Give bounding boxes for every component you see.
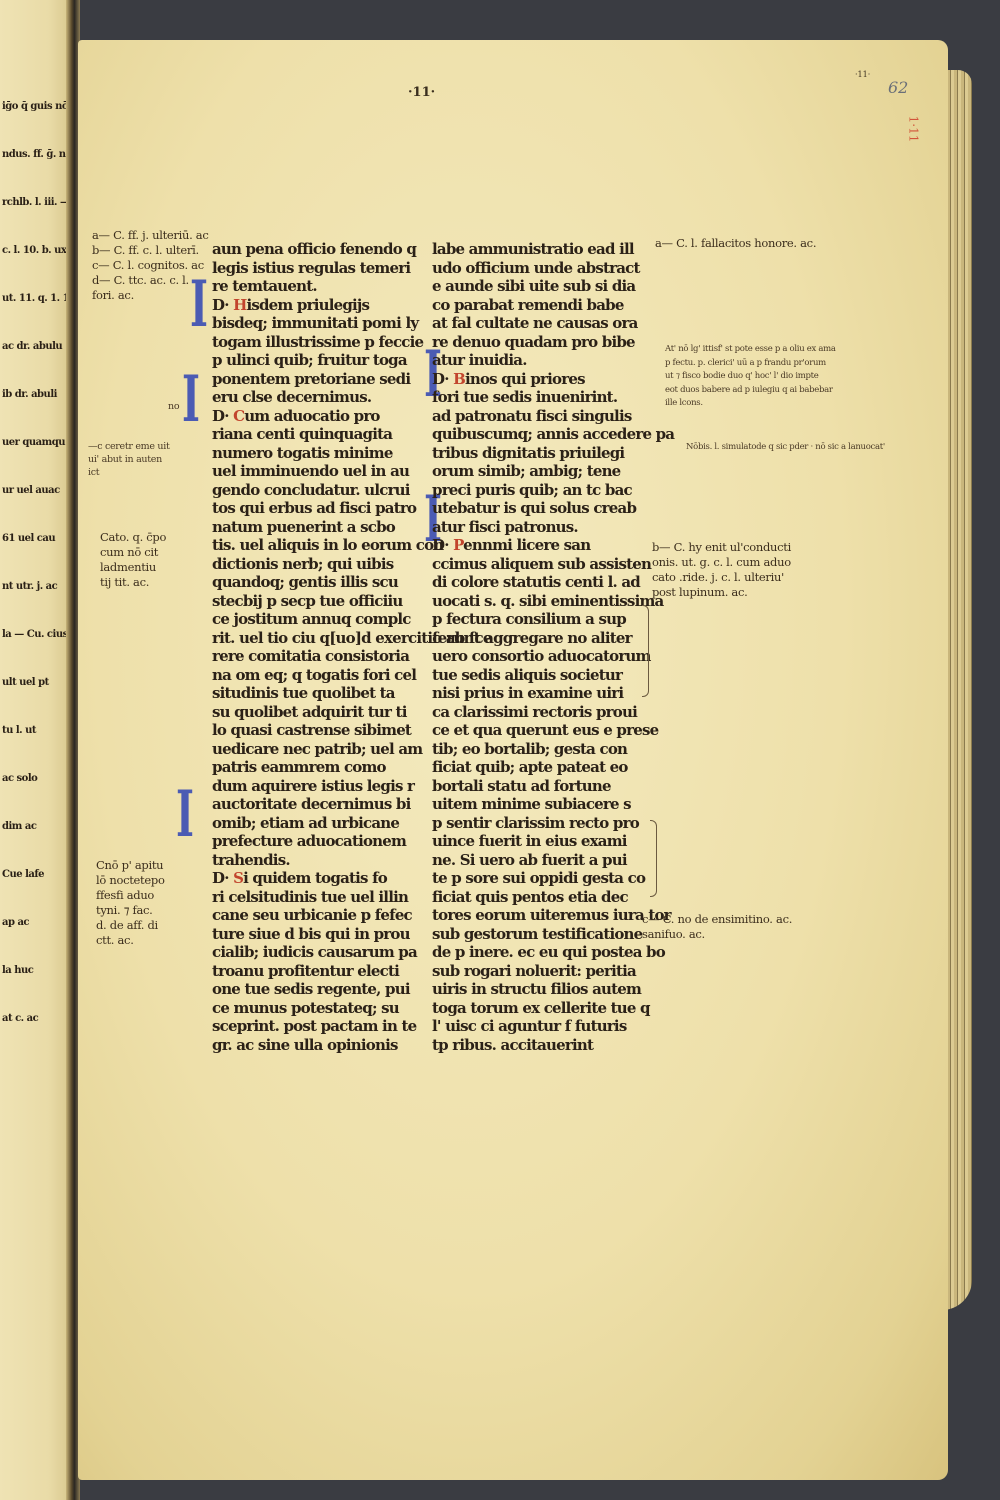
left-page-text-fragment: uer quamqu xyxy=(2,436,65,450)
text-line: re denuo quadam pro bibe xyxy=(432,333,674,352)
gloss-line: ict xyxy=(88,466,169,479)
text-line: te p sore sui oppidi gesta co xyxy=(432,869,674,888)
text-line: di colore statutis centi l. ad xyxy=(432,573,674,592)
text-line: D· Binos qui priores xyxy=(432,370,674,389)
text-line: toga torum ex cellerite tue q xyxy=(432,999,674,1018)
left-page-text-fragment: iḡo q̄ guis nō xyxy=(2,100,68,114)
left-page-text-fragment: 61 uel cau xyxy=(2,532,55,546)
text-line: orum simib; ambig; tene xyxy=(432,462,674,481)
gloss-line: post lupinum. ac. xyxy=(652,585,791,600)
text-line: tue sedis aliquis societur xyxy=(432,666,674,685)
gloss-line: onis. ut. g. c. l. cum aduo xyxy=(652,555,791,570)
blue-initial-i: I xyxy=(190,275,208,335)
text-line: tribus dignitatis priuilegi xyxy=(432,444,674,463)
text-line: de p inere. ec eu qui postea bo xyxy=(432,943,674,962)
text-line: e aunde sibi uite sub si dia xyxy=(432,277,674,296)
left-page-text-fragment: tu l. ut xyxy=(2,724,36,738)
left-page-text-fragment: la huc xyxy=(2,964,33,978)
left-gloss-block-2: Cato. q. c̄pocum nō citladmentiutij tit.… xyxy=(100,530,166,590)
gloss-line: c— C. no de ensimitino. ac. xyxy=(642,912,792,927)
gloss-line: ut ⁊ fisco bodie duo q' hoc' l' dio impt… xyxy=(665,370,836,384)
right-gloss-b: b— C. hy enit ul'conducti onis. ut. g. c… xyxy=(652,540,791,600)
left-page-text-fragment: at c. ac xyxy=(2,1012,38,1026)
text-line: sub gestorum testificatione xyxy=(432,925,674,944)
text-line: fori tue sedis inuenirint. xyxy=(432,388,674,407)
text-line: nisi prius in examine uiri xyxy=(432,684,674,703)
margin-bracket xyxy=(650,820,657,897)
gloss-line: cum nō cit xyxy=(100,545,166,560)
gloss-line: ctt. ac. xyxy=(96,933,165,948)
red-initial: S xyxy=(233,869,243,887)
gloss-line: tyni. ⁊ fac. xyxy=(96,903,165,918)
text-line: uitem minime subiacere s xyxy=(432,795,674,814)
left-page-text-fragment: ac dr. abulu xyxy=(2,340,62,354)
gloss-line: At' nō lg' ittisf' st pote esse p a oliu… xyxy=(665,343,836,357)
red-initial: C xyxy=(233,407,244,425)
gloss-line: ille lcons. xyxy=(665,397,836,411)
text-line: bortali statu ad fortune xyxy=(432,777,674,796)
text-line: uero consortio aduocatorum xyxy=(432,647,674,666)
left-page-text-fragment: Cue lafe xyxy=(2,868,44,882)
text-line: tib; eo bortalib; gesta con xyxy=(432,740,674,759)
text-line: udo officium unde abstract xyxy=(432,259,674,278)
text-column-b: labe ammunistratio ead illudo officium u… xyxy=(432,240,674,1054)
running-header: ·11· xyxy=(408,85,435,100)
gloss-line: lō noctetepo xyxy=(96,873,165,888)
text-line: uiris in structu filios autem xyxy=(432,980,674,999)
gloss-line: a— C. ff. j. ulteriū. ac xyxy=(92,228,209,243)
left-page-text-fragment: la — Cu. cius xyxy=(2,628,68,642)
text-line: co parabat remendi babe xyxy=(432,296,674,315)
right-gloss-a: a— C. l. fallacitos honore. ac. xyxy=(655,236,816,251)
gloss-line: Cnō p' apitu xyxy=(96,858,165,873)
gloss-line: d. de aff. di xyxy=(96,918,165,933)
text-line: ce et qua querunt eus e prese xyxy=(432,721,674,740)
left-gloss-block-3: Cnō p' apitulō noctetepoffesfi aduotyni.… xyxy=(96,858,165,948)
gloss-line: p fectu. p. clerici' uū a p frandu pr'or… xyxy=(665,357,836,371)
text-line: l' uisc ci aguntur f futuris xyxy=(432,1017,674,1036)
text-line: p sentir clarissim recto pro xyxy=(432,814,674,833)
left-page-text-fragment: ap ac xyxy=(2,916,29,930)
text-line: quibuscumq; annis accedere pa xyxy=(432,425,674,444)
margin-bracket xyxy=(642,605,649,697)
text-line: tores eorum uiteremus iura tor xyxy=(432,906,674,925)
text-line: tp ribus. accitauerint xyxy=(432,1036,674,1055)
red-initial: P xyxy=(453,536,463,554)
gloss-line: b— C. ff. c. l. ulterī. xyxy=(92,243,209,258)
text-line: ca clarissimi rectoris proui xyxy=(432,703,674,722)
left-page-fragment: iḡo q̄ guis nōndus. ff. ḡ. nōrchlb. l. i… xyxy=(0,0,70,1500)
gloss-line: tij tit. ac. xyxy=(100,575,166,590)
left-page-text-fragment: ib dr. abuli xyxy=(2,388,57,402)
gloss-line: a— C. l. fallacitos honore. ac. xyxy=(655,236,816,251)
text-line: p fectura consilium a sup xyxy=(432,610,674,629)
text-line: labe ammunistratio ead ill xyxy=(432,240,674,259)
text-line: ad patronatu fisci singulis xyxy=(432,407,674,426)
text-line: uince fuerit in eius exami xyxy=(432,832,674,851)
text-line: uocati s. q. sibi eminentissima xyxy=(432,592,674,611)
blue-initial-i: I xyxy=(176,785,194,845)
left-page-text-fragment: dim ac xyxy=(2,820,36,834)
right-gloss-note: At' nō lg' ittisf' st pote esse p a oliu… xyxy=(665,343,836,411)
red-initial: H xyxy=(233,296,246,314)
text-line: ne. Si uero ab fuerit a pui xyxy=(432,851,674,870)
gloss-line: eot duos babere ad p iulegiu q ai babeba… xyxy=(665,384,836,398)
gloss-line: ffesfi aduo xyxy=(96,888,165,903)
text-line: atur fisci patronus. xyxy=(432,518,674,537)
text-line: sub rogari noluerit: peritia xyxy=(432,962,674,981)
text-line: ficiat quib; apte pateat eo xyxy=(432,758,674,777)
blue-initial-i: I xyxy=(182,370,200,430)
gloss-line: cato .ride. j. c. l. ulteriu' xyxy=(652,570,791,585)
red-initial: B xyxy=(453,370,465,388)
top-mark: ·11· xyxy=(855,70,870,79)
left-page-text-fragment: ut. 11. q. 1. 10. xyxy=(2,292,70,306)
red-margin-mark: 1·11 xyxy=(906,116,920,143)
left-small-notes: —c ceretr eme uitui' abut in autenict xyxy=(88,440,169,479)
gloss-line: —c ceretr eme uit xyxy=(88,440,169,453)
left-page-text-fragment: ndus. ff. ḡ. nō xyxy=(2,148,70,162)
left-page-text-fragment: ur uel auac xyxy=(2,484,60,498)
left-page-text-fragment: rchlb. l. iii. — xyxy=(2,196,70,210)
gloss-line: sanifuo. ac. xyxy=(642,927,792,942)
text-line: ferunt aggregare no aliter xyxy=(432,629,674,648)
text-line: ficiat quis pentos etia dec xyxy=(432,888,674,907)
gloss-line: ladmentiu xyxy=(100,560,166,575)
text-line: utebatur is qui solus creab xyxy=(432,499,674,518)
left-page-text-fragment: ac solo xyxy=(2,772,37,786)
left-page-text-fragment: nt utr. j. ac xyxy=(2,580,57,594)
text-line: D· Pennmi licere san xyxy=(432,536,674,555)
left-page-text-fragment: c. l. 10. b. ux. xyxy=(2,244,69,258)
left-small-note: no xyxy=(168,400,179,414)
text-line: preci puris quib; an tc bac xyxy=(432,481,674,500)
right-gloss-note-2: Nōbis. l. simulatode q sic pder · nō sic… xyxy=(686,440,885,454)
left-page-text-fragment: ult uel pt xyxy=(2,676,49,690)
gloss-line: ui' abut in auten xyxy=(88,453,169,466)
gloss-line: b— C. hy enit ul'conducti xyxy=(652,540,791,555)
text-line: atur inuidia. xyxy=(432,351,674,370)
text-line: at fal cultate ne causas ora xyxy=(432,314,674,333)
gloss-line: Cato. q. c̄po xyxy=(100,530,166,545)
folio-number: 62 xyxy=(888,78,908,97)
right-gloss-c: c— C. no de ensimitino. ac. sanifuo. ac. xyxy=(642,912,792,942)
text-line: ccimus aliquem sub assisten xyxy=(432,555,674,574)
